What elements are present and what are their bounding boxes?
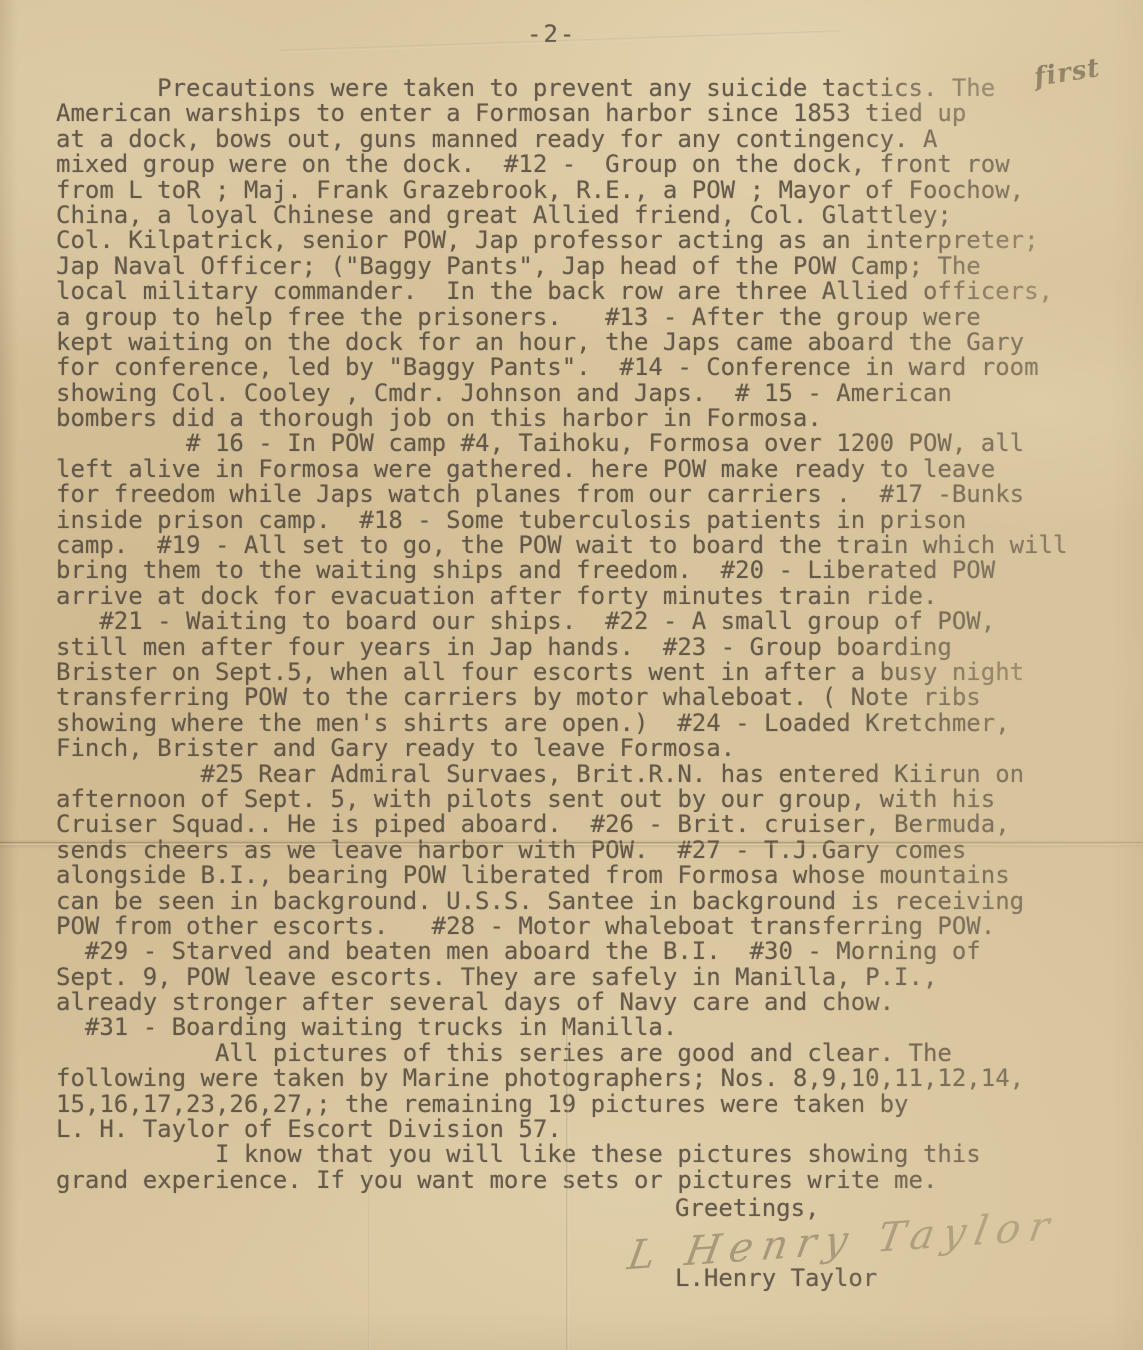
letter-line: afternoon of Sept. 5, with pilots sent o… — [56, 787, 1067, 812]
letter-line: showing where the men's shirts are open.… — [56, 711, 1067, 736]
letter-line: # 16 - In POW camp #4, Taihoku, Formosa … — [56, 431, 1067, 456]
letter-line: Cruiser Squad.. He is piped aboard. #26 … — [56, 812, 1067, 837]
letter-line: arrive at dock for evacuation after fort… — [56, 584, 1067, 609]
letter-line: following were taken by Marine photograp… — [56, 1066, 1067, 1091]
letter-line: bombers did a thorough job on this harbo… — [56, 406, 1067, 431]
letter-line: #29 - Starved and beaten men aboard the … — [56, 939, 1067, 964]
letter-line: transferring POW to the carriers by moto… — [56, 685, 1067, 710]
letter-line: American warships to enter a Formosan ha… — [56, 101, 1067, 126]
letter-line: local military commander. In the back ro… — [56, 279, 1067, 304]
letter-line: can be seen in background. U.S.S. Santee… — [56, 889, 1067, 914]
letter-line: 15,16,17,23,26,27,; the remaining 19 pic… — [56, 1092, 1067, 1117]
letter-line: mixed group were on the dock. #12 - Grou… — [56, 152, 1067, 177]
letter-line: camp. #19 - All set to go, the POW wait … — [56, 533, 1067, 558]
page-number: -2- — [527, 20, 576, 48]
letter-line: for freedom while Japs watch planes from… — [56, 482, 1067, 507]
letter-line: showing Col. Cooley , Cmdr. Johnson and … — [56, 381, 1067, 406]
letter-line: left alive in Formosa were gathered. her… — [56, 457, 1067, 482]
letter-line: Col. Kilpatrick, senior POW, Jap profess… — [56, 228, 1067, 253]
letter-line: at a dock, bows out, guns manned ready f… — [56, 127, 1067, 152]
letter-line: kept waiting on the dock for an hour, th… — [56, 330, 1067, 355]
letter-line: inside prison camp. #18 - Some tuberculo… — [56, 508, 1067, 533]
letter-line: alongside B.I., bearing POW liberated fr… — [56, 863, 1067, 888]
letter-line: I know that you will like these pictures… — [56, 1142, 1067, 1167]
letter-line: #31 - Boarding waiting trucks in Manilla… — [56, 1015, 1067, 1040]
letter-line: L. H. Taylor of Escort Division 57. — [56, 1117, 1067, 1142]
letter-line: Finch, Brister and Gary ready to leave F… — [56, 736, 1067, 761]
letter-line: All pictures of this series are good and… — [56, 1041, 1067, 1066]
letter-line: China, a loyal Chinese and great Allied … — [56, 203, 1067, 228]
letter-line: for conference, led by "Baggy Pants". #1… — [56, 355, 1067, 380]
letter-line: Precautions were taken to prevent any su… — [56, 76, 1067, 101]
letter-line: a group to help free the prisoners. #13 … — [56, 305, 1067, 330]
letter-line: grand experience. If you want more sets … — [56, 1168, 1067, 1193]
letter-line: bring them to the waiting ships and free… — [56, 558, 1067, 583]
letter-line: #25 Rear Admiral Survaes, Brit.R.N. has … — [56, 762, 1067, 787]
letter-line: #21 - Waiting to board our ships. #22 - … — [56, 609, 1067, 634]
letter-line: Sept. 9, POW leave escorts. They are saf… — [56, 965, 1067, 990]
letter-page: -2- first Precautions were taken to prev… — [0, 0, 1143, 1350]
letter-line: already stronger after several days of N… — [56, 990, 1067, 1015]
letter-body: Precautions were taken to prevent any su… — [56, 76, 1067, 1193]
letter-line: Brister on Sept.5, when all four escorts… — [56, 660, 1067, 685]
letter-line: Jap Naval Officer; ("Baggy Pants", Jap h… — [56, 254, 1067, 279]
letter-line: still men after four years in Jap hands.… — [56, 635, 1067, 660]
letter-line: from L toR ; Maj. Frank Grazebrook, R.E.… — [56, 178, 1067, 203]
letter-line: POW from other escorts. #28 - Motor whal… — [56, 914, 1067, 939]
letter-line: sends cheers as we leave harbor with POW… — [56, 838, 1067, 863]
closing-salutation: Greetings, — [675, 1194, 820, 1222]
typed-signature: L.Henry Taylor — [675, 1264, 877, 1292]
